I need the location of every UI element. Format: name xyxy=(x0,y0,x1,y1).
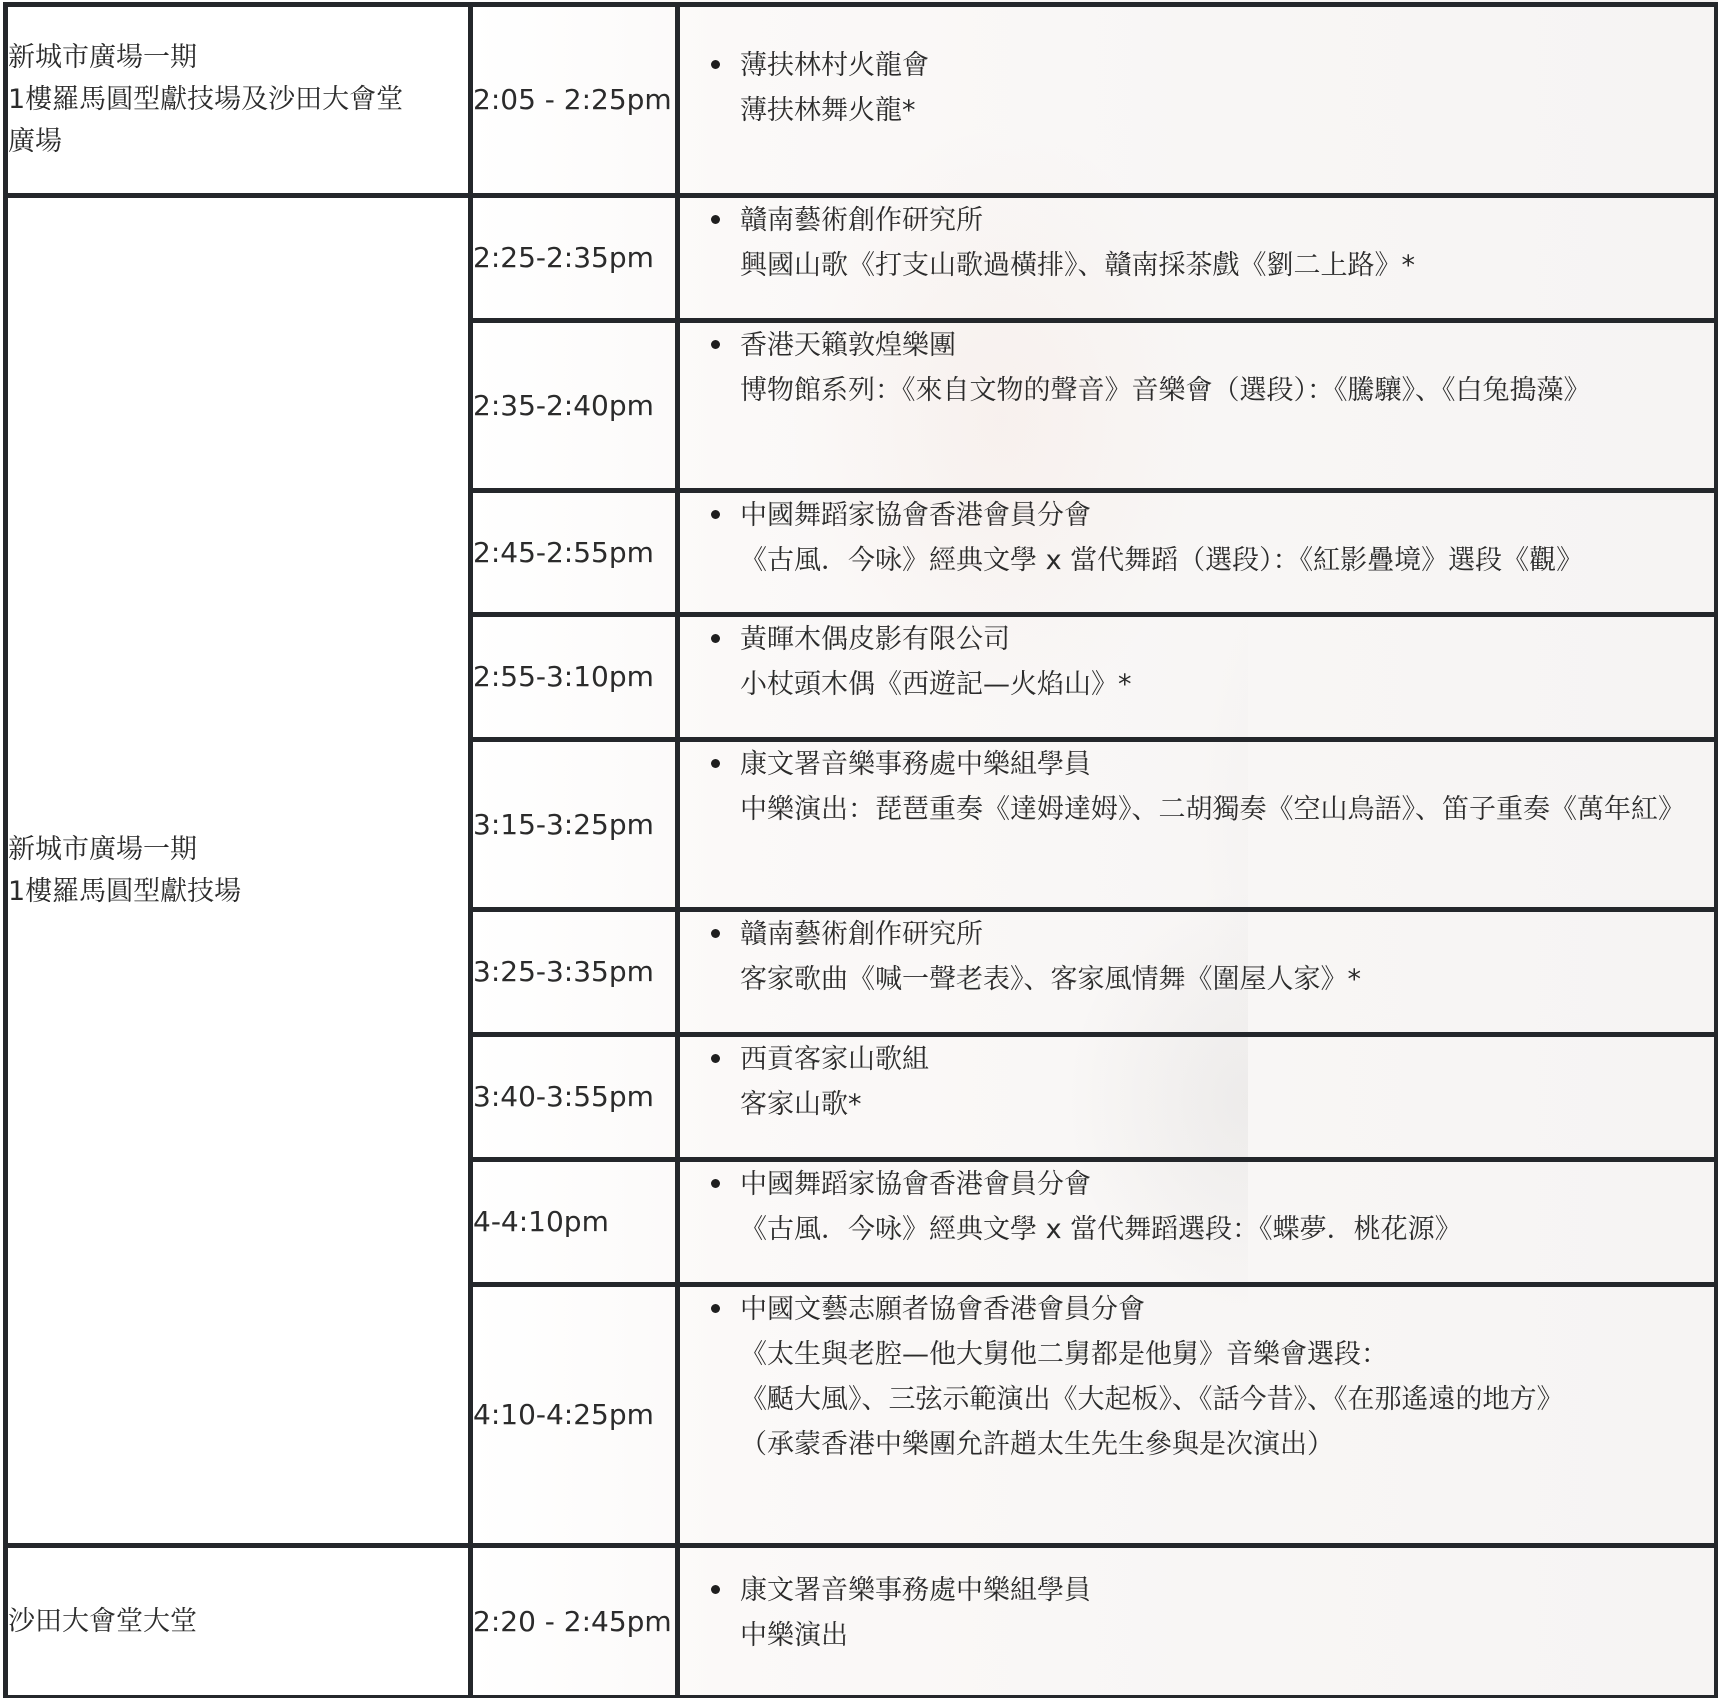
venue-line: 沙田大會堂大堂 xyxy=(8,1601,468,1643)
program-list: 香港天籟敦煌樂團 博物館系列：《來自文物的聲音》音樂會（選段）：《騰驤》、《白兔… xyxy=(680,323,1714,413)
program-cell: 香港天籟敦煌樂團 博物館系列：《來自文物的聲音》音樂會（選段）：《騰驤》、《白兔… xyxy=(678,321,1717,491)
program-list: 贛南藝術創作研究所 興國山歌《打支山歌過橫排》、贛南採茶戲《劉二上路》* xyxy=(680,198,1714,288)
venue-cell: 沙田大會堂大堂 xyxy=(6,1546,471,1698)
time-cell: 4-4:10pm xyxy=(471,1160,678,1285)
bullet-icon xyxy=(711,1585,720,1594)
program-list: 中國舞蹈家協會香港會員分會 《古風．今咏》經典文學 x 當代舞蹈選段：《蝶夢．桃… xyxy=(680,1162,1714,1252)
program-list: 康文署音樂事務處中樂組學員 中樂演出：琵琶重奏《達姆達姆》、二胡獨奏《空山鳥語》… xyxy=(680,742,1714,832)
bullet-icon xyxy=(711,215,720,224)
program-cell: 中國舞蹈家協會香港會員分會 《古風．今咏》經典文學 x 當代舞蹈（選段）：《紅影… xyxy=(678,491,1717,615)
program-title: 中樂演出：琵琶重奏《達姆達姆》、二胡獨奏《空山鳥語》、笛子重奏《萬年紅》 xyxy=(740,787,1714,832)
venue-line: 廣場 xyxy=(8,121,468,163)
bullet-icon xyxy=(711,1304,720,1313)
performer-name: 贛南藝術創作研究所 xyxy=(740,198,1714,243)
table-row: 沙田大會堂大堂 2:20 - 2:45pm 康文署音樂事務處中樂組學員 中樂演出 xyxy=(6,1546,1717,1698)
performer-name: 中國文藝志願者協會香港會員分會 xyxy=(740,1287,1714,1332)
list-item: 康文署音樂事務處中樂組學員 中樂演出：琵琶重奏《達姆達姆》、二胡獨奏《空山鳥語》… xyxy=(740,742,1714,832)
performer-name: 西貢客家山歌組 xyxy=(740,1037,1714,1082)
time-cell: 3:15-3:25pm xyxy=(471,740,678,910)
performer-name: 康文署音樂事務處中樂組學員 xyxy=(740,742,1714,787)
list-item: 薄扶林村火龍會 薄扶林舞火龍* xyxy=(740,43,1714,133)
performer-name: 贛南藝術創作研究所 xyxy=(740,912,1714,957)
venue-line: 1樓羅馬圓型獻技場及沙田大會堂 xyxy=(8,79,468,121)
venue-line: 1樓羅馬圓型獻技場 xyxy=(8,871,468,913)
venue-cell: 新城市廣場一期 1樓羅馬圓型獻技場及沙田大會堂 廣場 xyxy=(6,5,471,196)
table-row: 新城市廣場一期 1樓羅馬圓型獻技場及沙田大會堂 廣場 2:05 - 2:25pm… xyxy=(6,5,1717,196)
program-list: 中國文藝志願者協會香港會員分會 《太生與老腔—他大舅他二舅都是他舅》音樂會選段：… xyxy=(680,1287,1714,1467)
venue-line: 新城市廣場一期 xyxy=(8,37,468,79)
list-item: 贛南藝術創作研究所 興國山歌《打支山歌過橫排》、贛南採茶戲《劉二上路》* xyxy=(740,198,1714,288)
list-item: 黃暉木偶皮影有限公司 小杖頭木偶《西遊記—火焰山》* xyxy=(740,617,1714,707)
program-title: 客家山歌* xyxy=(740,1082,1714,1127)
bullet-icon xyxy=(711,60,720,69)
time-cell: 2:20 - 2:45pm xyxy=(471,1546,678,1698)
program-title: 小杖頭木偶《西遊記—火焰山》* xyxy=(740,662,1714,707)
list-item: 贛南藝術創作研究所 客家歌曲《喊一聲老表》、客家風情舞《圍屋人家》* xyxy=(740,912,1714,1002)
program-cell: 贛南藝術創作研究所 客家歌曲《喊一聲老表》、客家風情舞《圍屋人家》* xyxy=(678,910,1717,1035)
program-list: 贛南藝術創作研究所 客家歌曲《喊一聲老表》、客家風情舞《圍屋人家》* xyxy=(680,912,1714,1002)
performer-name: 黃暉木偶皮影有限公司 xyxy=(740,617,1714,662)
time-cell: 2:35-2:40pm xyxy=(471,321,678,491)
list-item: 西貢客家山歌組 客家山歌* xyxy=(740,1037,1714,1127)
list-item: 香港天籟敦煌樂團 博物館系列：《來自文物的聲音》音樂會（選段）：《騰驤》、《白兔… xyxy=(740,323,1714,413)
program-cell: 黃暉木偶皮影有限公司 小杖頭木偶《西遊記—火焰山》* xyxy=(678,615,1717,740)
program-title: 客家歌曲《喊一聲老表》、客家風情舞《圍屋人家》* xyxy=(740,957,1714,1002)
list-item: 康文署音樂事務處中樂組學員 中樂演出 xyxy=(740,1568,1714,1658)
program-title: 中樂演出 xyxy=(740,1613,1714,1658)
program-cell: 康文署音樂事務處中樂組學員 中樂演出：琵琶重奏《達姆達姆》、二胡獨奏《空山鳥語》… xyxy=(678,740,1717,910)
venue-line: 新城市廣場一期 xyxy=(8,829,468,871)
program-list: 薄扶林村火龍會 薄扶林舞火龍* xyxy=(680,43,1714,133)
program-title: 興國山歌《打支山歌過橫排》、贛南採茶戲《劉二上路》* xyxy=(740,243,1714,288)
program-title: 薄扶林舞火龍* xyxy=(740,88,1714,133)
time-cell: 2:55-3:10pm xyxy=(471,615,678,740)
bullet-icon xyxy=(711,340,720,349)
bullet-icon xyxy=(711,1054,720,1063)
performer-name: 香港天籟敦煌樂團 xyxy=(740,323,1714,368)
list-item: 中國文藝志願者協會香港會員分會 《太生與老腔—他大舅他二舅都是他舅》音樂會選段：… xyxy=(740,1287,1714,1467)
program-cell: 西貢客家山歌組 客家山歌* xyxy=(678,1035,1717,1160)
program-cell: 中國舞蹈家協會香港會員分會 《古風．今咏》經典文學 x 當代舞蹈選段：《蝶夢．桃… xyxy=(678,1160,1717,1285)
program-note: （承蒙香港中樂團允許趙太生先生參與是次演出） xyxy=(740,1422,1714,1467)
program-list: 黃暉木偶皮影有限公司 小杖頭木偶《西遊記—火焰山》* xyxy=(680,617,1714,707)
program-list: 西貢客家山歌組 客家山歌* xyxy=(680,1037,1714,1127)
program-cell: 薄扶林村火龍會 薄扶林舞火龍* xyxy=(678,5,1717,196)
list-item: 中國舞蹈家協會香港會員分會 《古風．今咏》經典文學 x 當代舞蹈選段：《蝶夢．桃… xyxy=(740,1162,1714,1252)
performer-name: 中國舞蹈家協會香港會員分會 xyxy=(740,1162,1714,1207)
bullet-icon xyxy=(711,510,720,519)
program-cell: 康文署音樂事務處中樂組學員 中樂演出 xyxy=(678,1546,1717,1698)
bullet-icon xyxy=(711,929,720,938)
time-cell: 2:05 - 2:25pm xyxy=(471,5,678,196)
program-title: 《古風．今咏》經典文學 x 當代舞蹈選段：《蝶夢．桃花源》 xyxy=(740,1207,1714,1252)
bullet-icon xyxy=(711,759,720,768)
time-cell: 2:45-2:55pm xyxy=(471,491,678,615)
time-cell: 4:10-4:25pm xyxy=(471,1285,678,1546)
performance-schedule-table: 新城市廣場一期 1樓羅馬圓型獻技場及沙田大會堂 廣場 2:05 - 2:25pm… xyxy=(3,2,1718,1698)
performer-name: 中國舞蹈家協會香港會員分會 xyxy=(740,493,1714,538)
program-title: 《古風．今咏》經典文學 x 當代舞蹈（選段）：《紅影疊境》選段《觀》 xyxy=(740,538,1714,583)
program-cell: 贛南藝術創作研究所 興國山歌《打支山歌過橫排》、贛南採茶戲《劉二上路》* xyxy=(678,196,1717,321)
bullet-icon xyxy=(711,1179,720,1188)
program-list: 康文署音樂事務處中樂組學員 中樂演出 xyxy=(680,1568,1714,1658)
bullet-icon xyxy=(711,634,720,643)
list-item: 中國舞蹈家協會香港會員分會 《古風．今咏》經典文學 x 當代舞蹈（選段）：《紅影… xyxy=(740,493,1714,583)
program-cell: 中國文藝志願者協會香港會員分會 《太生與老腔—他大舅他二舅都是他舅》音樂會選段：… xyxy=(678,1285,1717,1546)
program-title: 博物館系列：《來自文物的聲音》音樂會（選段）：《騰驤》、《白兔搗藻》 xyxy=(740,368,1714,413)
time-cell: 2:25-2:35pm xyxy=(471,196,678,321)
venue-cell: 新城市廣場一期 1樓羅馬圓型獻技場 xyxy=(6,196,471,1546)
performer-name: 康文署音樂事務處中樂組學員 xyxy=(740,1568,1714,1613)
program-title: 《太生與老腔—他大舅他二舅都是他舅》音樂會選段： xyxy=(740,1332,1714,1377)
time-cell: 3:25-3:35pm xyxy=(471,910,678,1035)
program-list: 中國舞蹈家協會香港會員分會 《古風．今咏》經典文學 x 當代舞蹈（選段）：《紅影… xyxy=(680,493,1714,583)
performer-name: 薄扶林村火龍會 xyxy=(740,43,1714,88)
table-row: 新城市廣場一期 1樓羅馬圓型獻技場 2:25-2:35pm 贛南藝術創作研究所 … xyxy=(6,196,1717,321)
program-title: 《颳大風》、三弦示範演出《大起板》、《話今昔》、《在那遙遠的地方》 xyxy=(740,1377,1714,1422)
time-cell: 3:40-3:55pm xyxy=(471,1035,678,1160)
